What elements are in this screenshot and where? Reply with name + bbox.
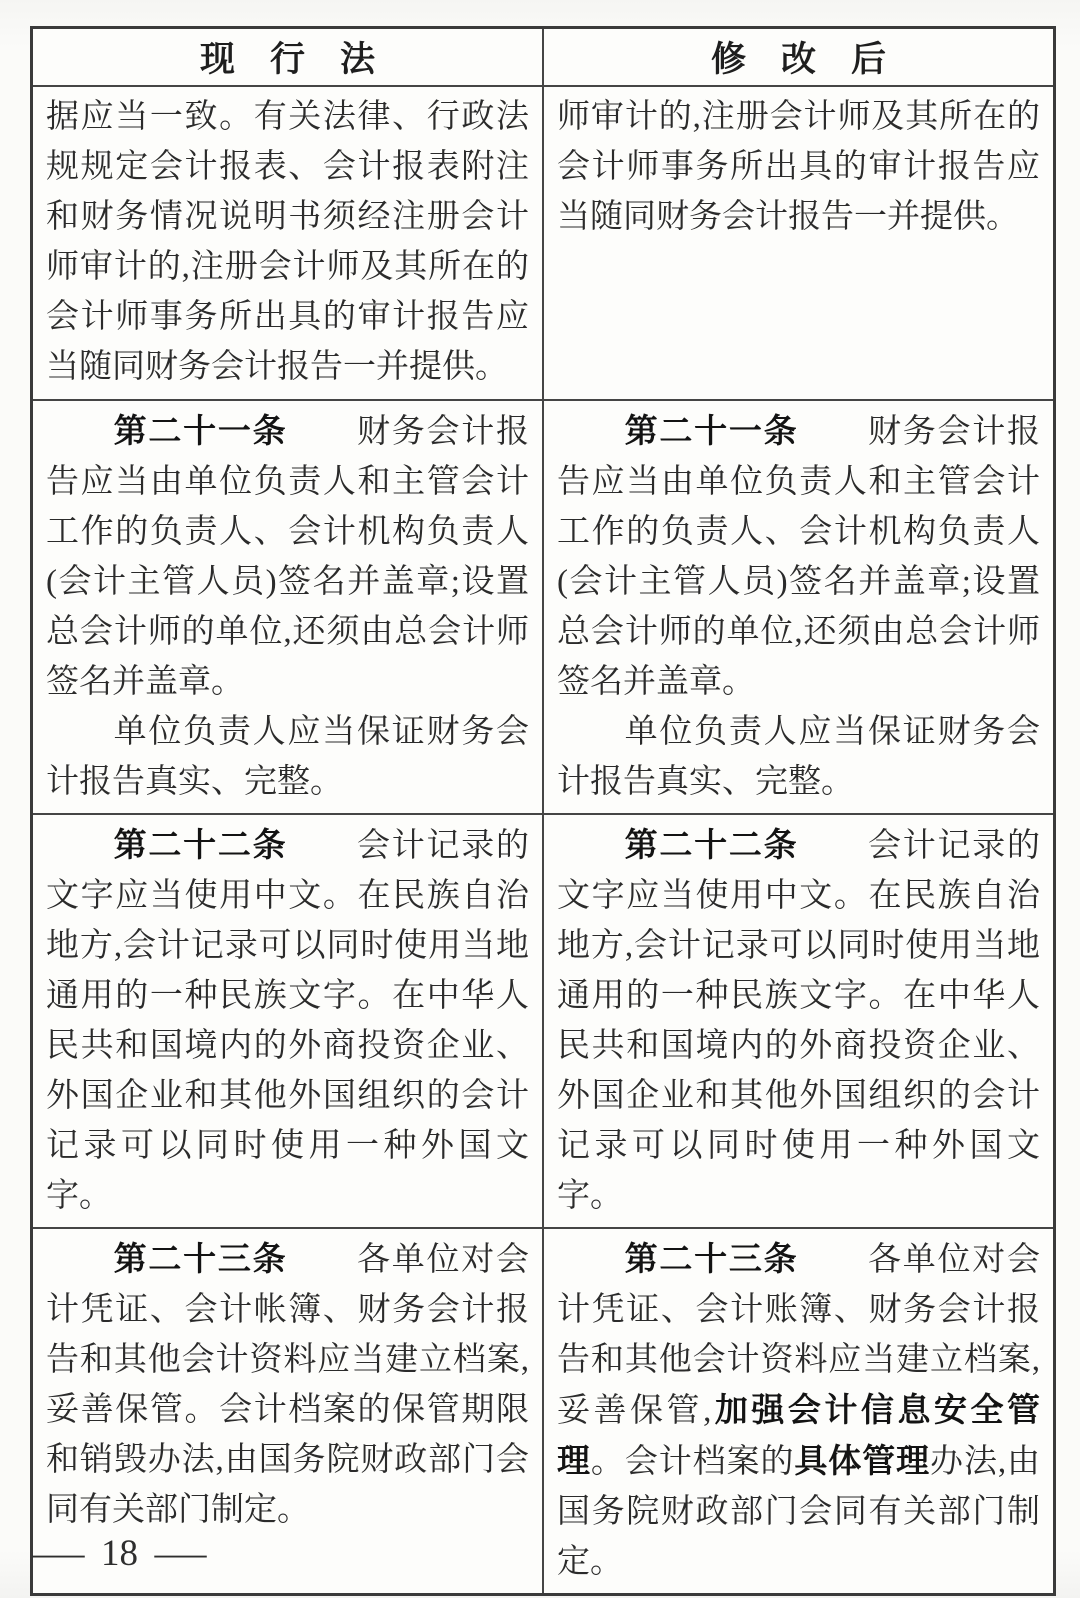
emphasized-text: 第二十一条 <box>625 412 799 449</box>
body-text: 单位负责人应当保证财务会计报告真实、完整。 <box>46 714 529 800</box>
footer-dash-right: — <box>155 1532 207 1575</box>
comparison-table-body: 据应当一致。有关法律、行政法规规定会计报表、会计报表附注和财务情况说明书须经注册… <box>32 86 1055 1595</box>
paragraph: 第二十一条 财务会计报告应当由单位负责人和主管会计工作的负责人、会计机构负责人(… <box>46 406 529 707</box>
paragraph: 师审计的,注册会计师及其所在的会计师事务所出具的审计报告应当随同财务会计报告一并… <box>557 92 1040 242</box>
paragraph: 单位负责人应当保证财务会计报告真实、完整。 <box>557 707 1040 807</box>
cell-left-row-2: 第二十一条 财务会计报告应当由单位负责人和主管会计工作的负责人、会计机构负责人(… <box>32 400 544 814</box>
cell-left-row-1: 据应当一致。有关法律、行政法规规定会计报表、会计报表附注和财务情况说明书须经注册… <box>32 86 544 400</box>
document-page: 现 行 法 修 改 后 据应当一致。有关法律、行政法规规定会计报表、会计报表附注… <box>0 0 1080 1598</box>
paragraph: 第二十二条 会计记录的文字应当使用中文。在民族自治地方,会计记录可以同时使用当地… <box>557 820 1040 1221</box>
header-row: 现 行 法 修 改 后 <box>32 28 1055 86</box>
paragraph: 第二十三条 各单位对会计凭证、会计帐簿、财务会计报告和其他会计资料应当建立档案,… <box>46 1234 529 1535</box>
body-text: 据应当一致。有关法律、行政法规规定会计报表、会计报表附注和财务情况说明书须经注册… <box>46 99 529 385</box>
emphasized-text: 第二十一条 <box>114 412 288 449</box>
body-text: 会计记录的文字应当使用中文。在民族自治地方,会计记录可以同时使用当地通用的一种民… <box>46 828 529 1214</box>
footer-dash-left: — <box>33 1532 85 1575</box>
body-text: 单位负责人应当保证财务会计报告真实、完整。 <box>557 714 1040 800</box>
table-header: 现 行 法 修 改 后 <box>32 28 1055 86</box>
cell-right-row-2: 第二十一条 财务会计报告应当由单位负责人和主管会计工作的负责人、会计机构负责人(… <box>543 400 1055 814</box>
paragraph: 单位负责人应当保证财务会计报告真实、完整。 <box>46 707 529 807</box>
emphasized-text: 具体管理 <box>794 1442 930 1479</box>
law-comparison-table: 现 行 法 修 改 后 据应当一致。有关法律、行政法规规定会计报表、会计报表附注… <box>30 26 1056 1596</box>
column-header-current-law: 现 行 法 <box>32 28 544 86</box>
paragraph: 第二十三条 各单位对会计凭证、会计账簿、财务会计报告和其他会计资料应当建立档案,… <box>557 1234 1040 1587</box>
body-text: 师审计的,注册会计师及其所在的会计师事务所出具的审计报告应当随同财务会计报告一并… <box>557 99 1040 235</box>
cell-right-row-3: 第二十二条 会计记录的文字应当使用中文。在民族自治地方,会计记录可以同时使用当地… <box>543 814 1055 1228</box>
paragraph: 据应当一致。有关法律、行政法规规定会计报表、会计报表附注和财务情况说明书须经注册… <box>46 92 529 392</box>
body-text: 各单位对会计凭证、会计帐簿、财务会计报告和其他会计资料应当建立档案,妥善保管。会… <box>46 1242 529 1528</box>
column-header-after-amendment: 修 改 后 <box>543 28 1055 86</box>
body-text: 财务会计报告应当由单位负责人和主管会计工作的负责人、会计机构负责人(会计主管人员… <box>46 414 529 700</box>
body-text: 。会计档案的 <box>591 1444 794 1480</box>
cell-left-row-3: 第二十二条 会计记录的文字应当使用中文。在民族自治地方,会计记录可以同时使用当地… <box>32 814 544 1228</box>
page-number: 18 <box>101 1532 138 1575</box>
body-text: 会计记录的文字应当使用中文。在民族自治地方,会计记录可以同时使用当地通用的一种民… <box>557 828 1040 1214</box>
body-text: 财务会计报告应当由单位负责人和主管会计工作的负责人、会计机构负责人(会计主管人员… <box>557 414 1040 700</box>
cell-right-row-4: 第二十三条 各单位对会计凭证、会计账簿、财务会计报告和其他会计资料应当建立档案,… <box>543 1228 1055 1595</box>
emphasized-text: 第二十二条 <box>625 826 799 863</box>
paragraph: 第二十二条 会计记录的文字应当使用中文。在民族自治地方,会计记录可以同时使用当地… <box>46 820 529 1221</box>
table-row: 据应当一致。有关法律、行政法规规定会计报表、会计报表附注和财务情况说明书须经注册… <box>32 86 1055 400</box>
table-row: 第二十二条 会计记录的文字应当使用中文。在民族自治地方,会计记录可以同时使用当地… <box>32 814 1055 1228</box>
page-footer: — 18 — <box>40 1532 199 1575</box>
table-row: 第二十一条 财务会计报告应当由单位负责人和主管会计工作的负责人、会计机构负责人(… <box>32 400 1055 814</box>
paragraph: 第二十一条 财务会计报告应当由单位负责人和主管会计工作的负责人、会计机构负责人(… <box>557 406 1040 707</box>
emphasized-text: 第二十三条 <box>114 1240 288 1277</box>
cell-right-row-1: 师审计的,注册会计师及其所在的会计师事务所出具的审计报告应当随同财务会计报告一并… <box>543 86 1055 400</box>
emphasized-text: 第二十二条 <box>114 826 288 863</box>
emphasized-text: 第二十三条 <box>625 1240 799 1277</box>
